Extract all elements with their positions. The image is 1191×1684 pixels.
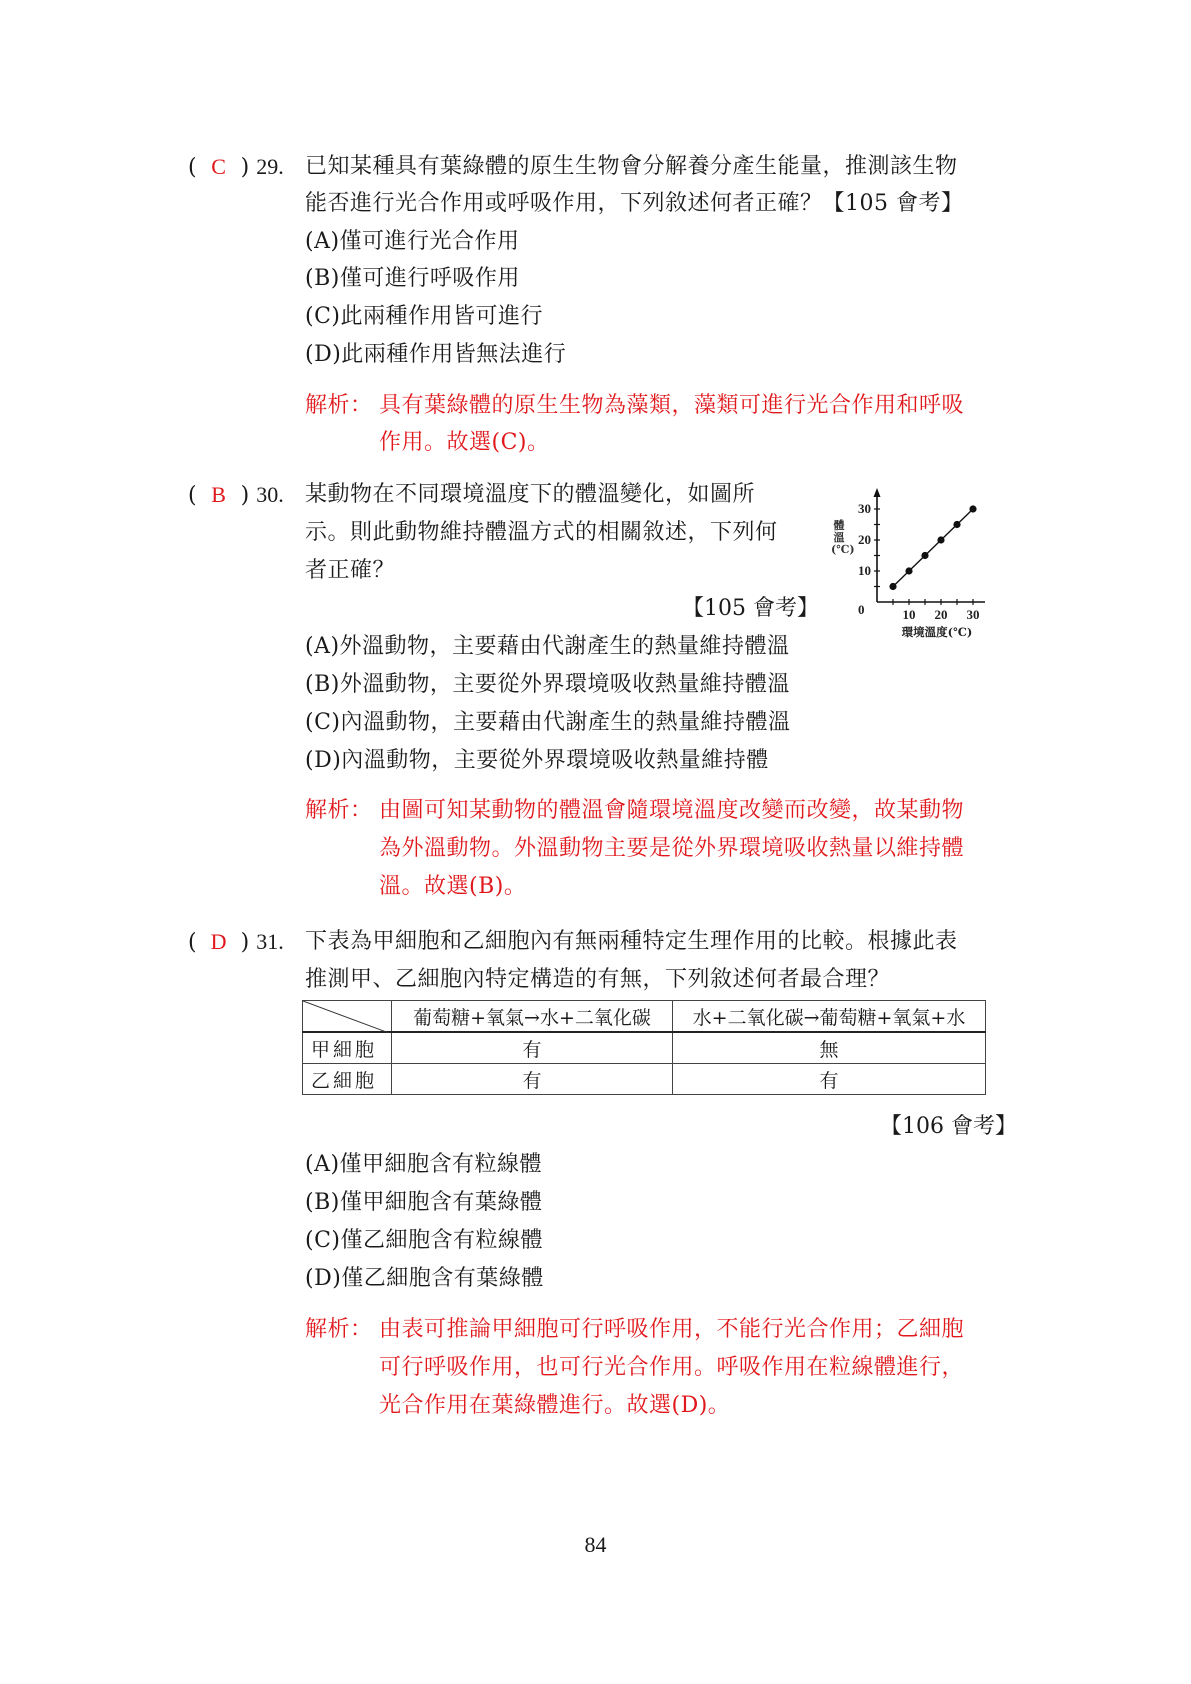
question-30-option-d: (D)內溫動物，主要從外界環境吸收熱量維持體 [305,746,769,776]
data-line [893,509,973,587]
diagonal-line [303,1001,389,1033]
x-tick-labels: 10 20 30 [903,607,980,622]
question-30-stem-line-3: 者正確？ [305,556,395,586]
question-31-option-c: (C)僅乙細胞含有粒線體 [305,1226,543,1256]
question-31-option-a: (A)僅甲細胞含有粒線體 [305,1150,542,1180]
svg-text:30: 30 [967,607,980,622]
comparison-table: 葡萄糖+氧氣→水+二氧化碳 水+二氧化碳→葡萄糖+氧氣+水 甲細胞 有 無 乙細… [302,1000,986,1095]
question-29-option-a: (A)僅可進行光合作用 [305,227,520,257]
question-30-stem-line-2: 示。則此動物維持體溫方式的相關敘述，下列何 [305,518,778,548]
y-tick-labels: 10 20 30 [858,501,871,578]
y-axis-label: 體溫(℃) [831,520,847,556]
svg-text:30: 30 [858,501,871,516]
question-29-option-c: (C)此兩種作用皆可進行 [305,302,543,332]
question-29-option-b: (B)僅可進行呼吸作用 [305,264,520,294]
open-paren: ( [188,928,197,958]
question-31-source: 【106 會考】 [880,1112,1017,1142]
table-row: 甲細胞 有 無 [303,1032,986,1064]
svg-text:10: 10 [858,563,871,578]
table-corner-cell [303,1001,392,1033]
table-header-respiration: 葡萄糖+氧氣→水+二氧化碳 [392,1001,673,1033]
question-29-explanation-label: 解析： [305,391,373,421]
origin-label: 0 [858,602,865,617]
table-row: 乙細胞 有 有 [303,1064,986,1095]
question-30-explanation-label: 解析： [305,796,373,826]
question-30-explanation-line-3: 溫。故選(B)。 [379,872,526,902]
table-cell: 無 [673,1032,986,1064]
question-number: 31. [256,929,284,954]
close-paren: ) [241,153,250,183]
line-chart-svg: 10 20 30 0 10 20 30 環境溫度(℃) [833,482,1028,647]
question-31-stem-line-1: 下表為甲細胞和乙細胞內有無兩種特定生理作用的比較。根據此表 [305,927,958,957]
question-29-stem-line-2: 能否進行光合作用或呼吸作用，下列敘述何者正確？【105 會考】 [305,189,964,219]
question-31-explanation-line-3: 光合作用在葉綠體進行。故選(D)。 [379,1391,730,1421]
question-31-explanation-label: 解析： [305,1315,373,1345]
question-29-header: (C) 29. [188,152,284,183]
question-29-explanation-line-2: 作用。故選(C)。 [379,428,550,458]
page-number: 84 [0,1532,1191,1558]
question-29-stem-line-1: 已知某種具有葉綠體的原生生物會分解養分產生能量，推測該生物 [305,152,958,182]
y-axis-arrow-icon [874,488,881,497]
close-paren: ) [241,928,250,958]
svg-text:10: 10 [903,607,916,622]
table-cell: 有 [392,1064,673,1095]
question-30-option-a: (A)外溫動物，主要藉由代謝產生的熱量維持體溫 [305,632,790,662]
question-31-explanation-line-2: 可行呼吸作用，也可行光合作用。呼吸作用在粒線體進行， [379,1353,964,1383]
table-row-label: 乙細胞 [303,1064,392,1095]
question-29-option-d: (D)此兩種作用皆無法進行 [305,340,566,370]
x-axis-label: 環境溫度(℃) [901,625,973,639]
table-cell: 有 [392,1032,673,1064]
body-temperature-chart: 10 20 30 0 10 20 30 環境溫度(℃) 體溫(℃) [833,482,1028,642]
question-31-explanation-line-1: 由表可推論甲細胞可行呼吸作用，不能行光合作用；乙細胞 [379,1315,964,1345]
answer-31: D [197,927,241,957]
question-31-stem-line-2: 推測甲、乙細胞內特定構造的有無，下列敘述何者最合理？ [305,965,890,995]
question-31-option-d: (D)僅乙細胞含有葉綠體 [305,1264,544,1294]
close-paren: ) [241,481,250,511]
document-page: (C) 29. 已知某種具有葉綠體的原生生物會分解養分產生能量，推測該生物 能否… [0,0,1191,1684]
question-30-explanation-line-2: 為外溫動物。外溫動物主要是從外界環境吸收熱量以維持體 [379,834,964,864]
table-header-row: 葡萄糖+氧氣→水+二氧化碳 水+二氧化碳→葡萄糖+氧氣+水 [303,1001,986,1033]
question-30-option-b: (B)外溫動物，主要從外界環境吸收熱量維持體溫 [305,670,790,700]
open-paren: ( [188,481,197,511]
question-29-explanation-line-1: 具有葉綠體的原生生物為藻類，藻類可進行光合作用和呼吸 [379,391,964,421]
answer-29: C [197,152,241,182]
open-paren: ( [188,153,197,183]
question-number: 30. [256,482,284,507]
question-number: 29. [256,154,284,179]
question-30-option-c: (C)內溫動物，主要藉由代謝產生的熱量維持體溫 [305,708,791,738]
svg-text:20: 20 [935,607,948,622]
question-31-header: (D) 31. [188,927,284,958]
question-30-source: 【105 會考】 [682,594,819,624]
question-30-header: (B) 30. [188,480,284,511]
table-row-label: 甲細胞 [303,1032,392,1064]
table-cell: 有 [673,1064,986,1095]
table-header-photosynthesis: 水+二氧化碳→葡萄糖+氧氣+水 [673,1001,986,1033]
question-30-stem-line-1: 某動物在不同環境溫度下的體溫變化，如圖所 [305,480,755,510]
question-31-option-b: (B)僅甲細胞含有葉綠體 [305,1188,542,1218]
svg-text:20: 20 [858,532,871,547]
answer-30: B [197,480,241,510]
question-30-explanation-line-1: 由圖可知某動物的體溫會隨環境溫度改變而改變，故某動物 [379,796,964,826]
